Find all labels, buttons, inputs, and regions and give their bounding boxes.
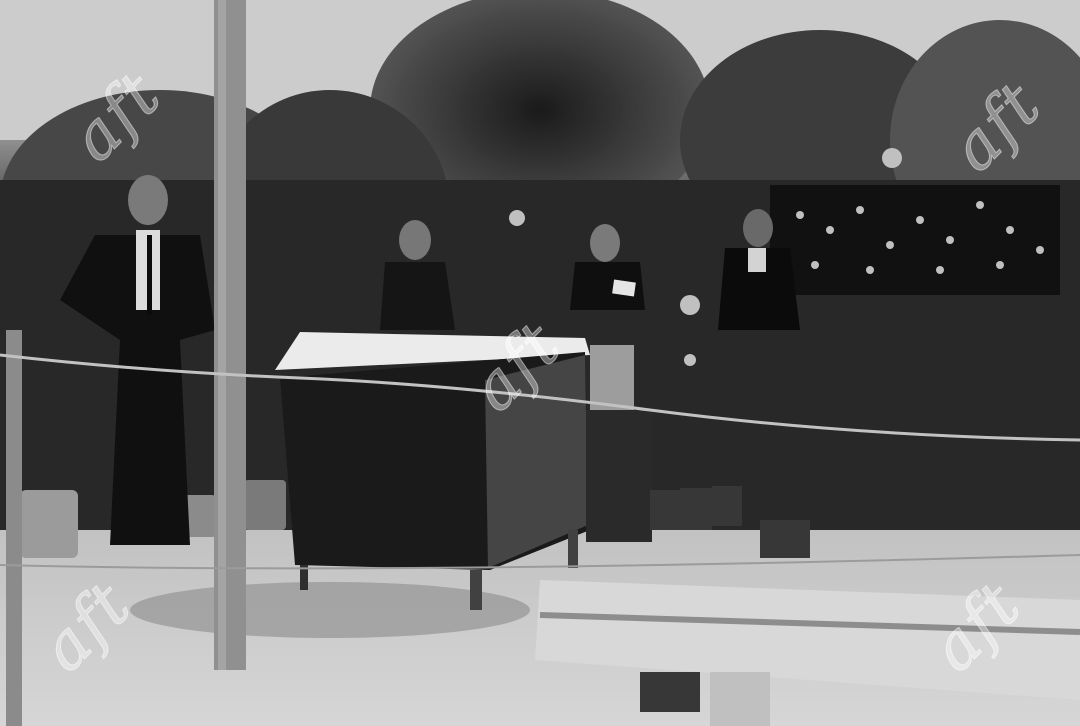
flower-display-board bbox=[770, 185, 1060, 295]
left-post bbox=[6, 330, 22, 726]
pedestal bbox=[586, 410, 652, 542]
scene bbox=[0, 0, 1080, 726]
exhibition-photograph: aft aft aft aft aft bbox=[0, 0, 1080, 726]
vase bbox=[590, 345, 634, 410]
